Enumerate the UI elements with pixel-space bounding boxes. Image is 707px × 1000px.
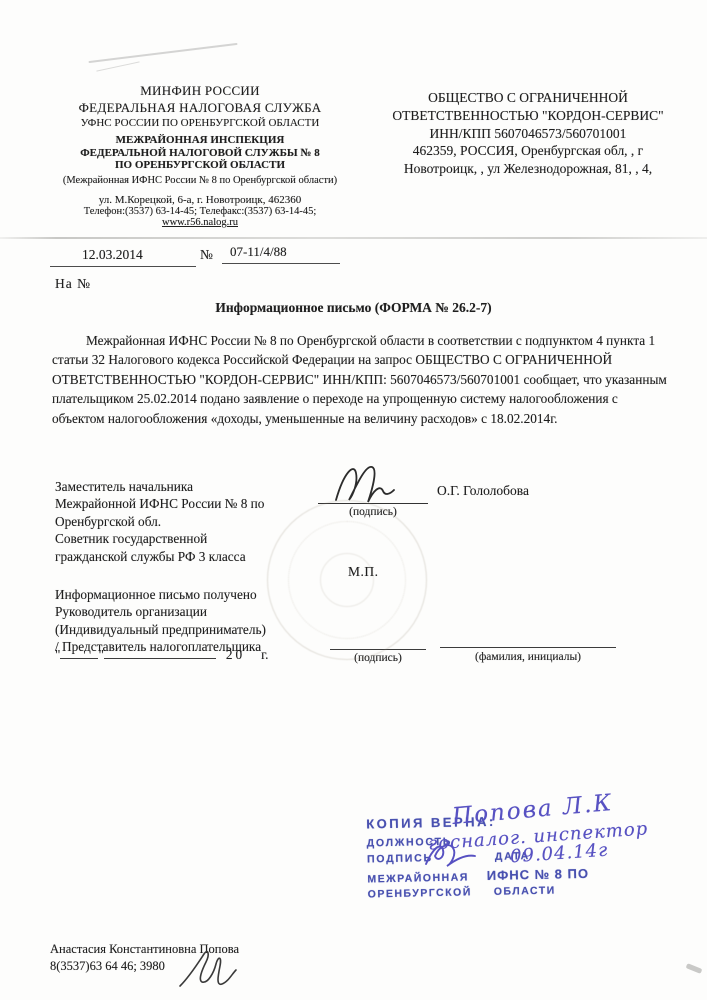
sender-phone: Телефон:(3537) 63-14-45; Телефакс:(3537)…: [40, 206, 360, 218]
recipient-signature-line: [330, 649, 426, 650]
scan-artifact-diagonal: [88, 43, 237, 63]
received-line: Руководитель организации: [55, 603, 355, 620]
fns-name: ФЕДЕРАЛЬНАЯ НАЛОГОВАЯ СЛУЖБА: [40, 100, 360, 117]
document-title: Информационное письмо (ФОРМА № 26.2-7): [0, 300, 707, 316]
received-date-blank: ""20г.: [55, 645, 268, 663]
month-blank-line: [104, 645, 216, 659]
inspection-short-name: (Межрайонная ИФНС России № 8 по Оренбург…: [40, 174, 360, 187]
recipient-name-line-1: ОБЩЕСТВО С ОГРАНИЧЕННОЙ: [360, 89, 696, 107]
sender-website: www.r56.nalog.ru: [40, 217, 360, 230]
inspection-line-2: ФЕДЕРАЛЬНОЙ НАЛОГОВОЙ СЛУЖБЫ № 8: [40, 147, 360, 160]
received-line: Информационное письмо получено: [55, 586, 355, 603]
recipient-inn-kpp: ИНН/КПП 5607046573/560701001: [360, 125, 696, 143]
podpis-label: (подпись): [318, 652, 438, 664]
letter-date: 12.03.2014: [82, 247, 143, 263]
seal-place-label: М.П.: [348, 564, 379, 580]
sender-address: ул. М.Корецкой, 6-а, г. Новотроицк, 4623…: [40, 194, 360, 206]
stamp-ifns-line2b: ОБЛАСТИ: [494, 885, 556, 898]
inspection-line-3: ПО ОРЕНБУРГСКОЙ ОБЛАСТИ: [40, 159, 360, 172]
signer-position-block: Заместитель начальника Межрайонной ИФНС …: [55, 478, 325, 565]
date-underline: [50, 266, 196, 267]
stamp-ifns-line1b: ИФНС № 8 ПО: [487, 866, 590, 883]
recipient-name-line-2: ОТВЕТСТВЕННОСТЬЮ "КОРДОН-СЕРВИС": [360, 107, 696, 125]
number-sign: №: [200, 247, 213, 263]
signer-position-line: Советник государственной: [55, 530, 325, 547]
stamp-ifns-line2a: ОРЕНБУРГСКОЙ: [368, 886, 472, 900]
director-signature-line: [318, 503, 428, 504]
signer-position-line: гражданской службы РФ 3 класса: [55, 548, 325, 565]
podpis-label: (подпись): [312, 506, 434, 518]
signer-position-line: Заместитель начальника: [55, 478, 325, 495]
ministry-name: МИНФИН РОССИИ: [40, 83, 360, 100]
number-underline: [222, 263, 340, 264]
recipient-address-line-2: Новотроицк, , ул Железнодорожная, 81, , …: [360, 160, 696, 178]
handwritten-signature-inspector: [423, 840, 481, 870]
year-suffix: г.: [261, 647, 268, 662]
ufns-line: УФНС РОССИИ ПО ОРЕНБУРГСКОЙ ОБЛАСТИ: [40, 116, 360, 131]
reply-to-label: На №: [55, 276, 91, 292]
body-paragraph: Межрайонная ИФНС России № 8 по Оренбургс…: [52, 331, 668, 428]
stamp-ifns-line1a: МЕЖРАЙОННАЯ: [367, 871, 469, 885]
handwritten-signature-director: [330, 460, 404, 508]
handwritten-signature-footer: [170, 946, 254, 994]
recipient-address-line-1: 462359, РОССИЯ, Оренбургская обл, , г: [360, 142, 696, 160]
sender-header: МИНФИН РОССИИ ФЕДЕРАЛЬНАЯ НАЛОГОВАЯ СЛУЖ…: [40, 83, 360, 230]
letter-number: 07-11/4/88: [230, 244, 287, 260]
familia-label: (фамилия, инициалы): [440, 651, 616, 663]
day-blank-line: [60, 645, 98, 659]
signer-position-line: Межрайонной ИФНС России № 8 по: [55, 495, 325, 512]
fold-line: [0, 237, 707, 239]
year-prefix: 20: [226, 647, 245, 662]
signer-name: О.Г. Гололобова: [437, 483, 529, 499]
recipient-name-line: [440, 647, 616, 648]
scanned-document: МИНФИН РОССИИ ФЕДЕРАЛЬНАЯ НАЛОГОВАЯ СЛУЖ…: [0, 0, 707, 1000]
inspection-line-1: МЕЖРАЙОННАЯ ИНСПЕКЦИЯ: [40, 134, 360, 147]
scan-artifact-diagonal-small: [96, 61, 139, 71]
signer-position-line: Оренбургской обл.: [55, 513, 325, 530]
received-line: (Индивидуальный предприниматель): [55, 621, 355, 638]
scan-artifact-corner: [686, 963, 703, 974]
recipient-header: ОБЩЕСТВО С ОГРАНИЧЕННОЙ ОТВЕТСТВЕННОСТЬЮ…: [360, 89, 696, 178]
